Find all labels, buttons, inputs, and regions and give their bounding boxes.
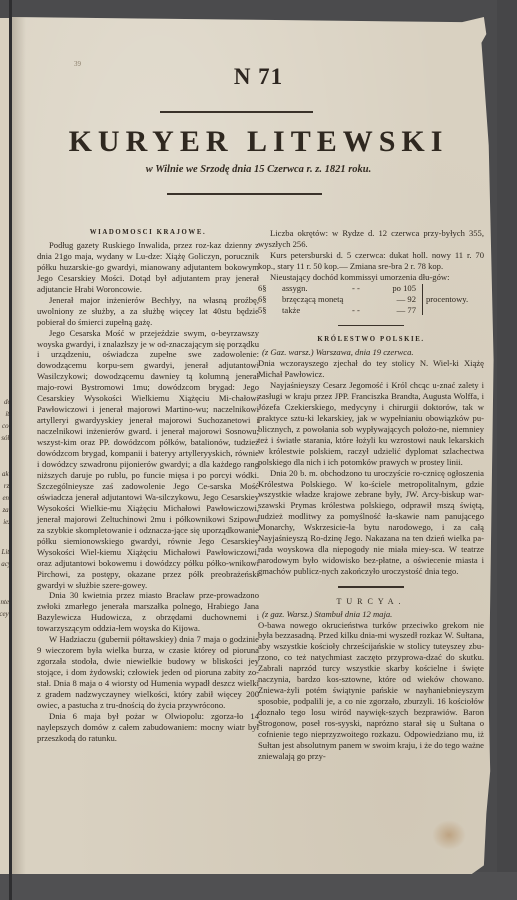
scanner-background-bottom [0, 872, 517, 900]
article-paragraph: W Hadziaczu (gubernii półtawskiey) dnia … [37, 634, 259, 711]
dateline-source: (z Gaz. warsz.) [262, 347, 314, 357]
rate-value: po 105 [372, 283, 416, 294]
dateline: (z Gaz. warsz.) Warszawa, dnia 19 czerwc… [258, 347, 484, 358]
article-paragraph: Kurs petersburski d. 5 czerwca: dukat ho… [258, 250, 484, 272]
scanner-background-top [0, 0, 517, 20]
article-paragraph: O-bawa nowego okrucieństwa turków przeci… [258, 620, 484, 762]
dateline-source: (z gaz. Warsz.) [262, 609, 312, 619]
article-paragraph: Jego Cesarska Mość w przejeździe swym, o… [37, 328, 259, 591]
rate-prefix: 6§ [258, 283, 282, 294]
rate-label: także [282, 305, 352, 316]
section-title-kingdom-of-poland: KRÓLESTWO POLSKIE. [258, 335, 484, 346]
section-divider [338, 586, 404, 588]
rate-dash: - - [352, 305, 372, 316]
article-paragraph: Dnia 20 b. m. obchodzono tu uroczyście r… [258, 468, 484, 578]
article-paragraph: Dnia 30 kwietnia przez miasto Bracław pr… [37, 590, 259, 634]
rate-prefix: 6§ [258, 294, 282, 305]
right-column: Liczba okrętów: w Rydze d. 12 czerwca pr… [258, 228, 484, 762]
dateline-place: Stambuł dnia 12 maja. [314, 609, 392, 619]
article-paragraph: Dnia 6 maja był pożar w Olwiopolu: zgorz… [37, 711, 259, 744]
masthead-rule-bottom [167, 193, 322, 195]
dateline: (z gaz. Warsz.) Stambuł dnia 12 maja. [258, 609, 484, 620]
section-title-domestic-news: WIADOMOSCI KRAJOWE. [37, 228, 259, 239]
paper-stain [432, 820, 466, 850]
masthead-rule-top [160, 111, 313, 113]
rate-dash: - - [352, 283, 372, 294]
rate-label: assygn. [282, 283, 352, 294]
rate-value: — 92 [372, 294, 416, 305]
dateline-place: Warszawa, dnia 19 czerwca. [316, 347, 414, 357]
left-column: WIADOMOSCI KRAJOWE. Podług gazety Ruskie… [37, 228, 259, 744]
article-paragraph: Dnia wczorayszego zjechał do tey stolicy… [258, 358, 484, 380]
brace-bracket [418, 284, 423, 315]
debt-commission-rates-table: 6§ assygn. - - po 105 6§ brzęczącą monet… [258, 283, 484, 316]
rate-value: — 77 [372, 305, 416, 316]
newspaper-title: KURYER LITEWSKI [0, 125, 517, 159]
section-title-turkey: TURCYA. [258, 597, 484, 608]
rate-unit-label: procentowy. [426, 294, 498, 305]
issue-date-line: w Wilnie we Srzodę dnia 15 Czerwca r. z.… [0, 164, 517, 175]
issue-number: N 71 [0, 64, 517, 90]
article-paragraph: Liczba okrętów: w Rydze d. 12 czerwca pr… [258, 228, 484, 250]
article-paragraph: Nieustający dochód kommissyi umorzenia d… [258, 272, 484, 283]
rate-label: brzęczącą monetą [282, 294, 372, 305]
rate-prefix: 5§ [258, 305, 282, 316]
article-paragraph: Nayjaśnieyszy Cesarz Jegomość i Król chc… [258, 380, 484, 468]
article-paragraph: Jenerał major inżenierów Bechłyy, na wła… [37, 295, 259, 328]
article-paragraph: Podług gazety Ruskiego Inwalida, przez r… [37, 240, 259, 295]
section-divider [338, 325, 404, 327]
